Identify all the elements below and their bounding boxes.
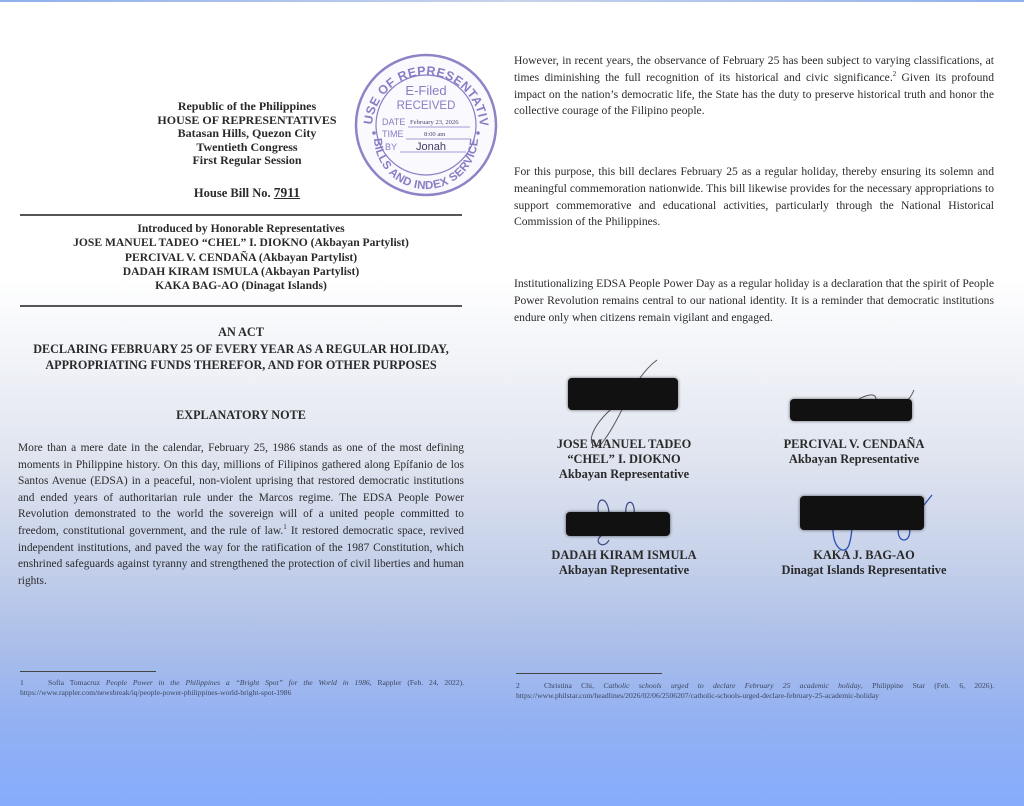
stamp-received: RECEIVED [397, 100, 456, 112]
divider [20, 214, 462, 216]
signatory-title: Akbayan Representative [534, 467, 714, 482]
right-page: However, in recent years, the observance… [514, 0, 994, 806]
footnote-author: Christina Chi, [544, 681, 603, 690]
signatory-name: JOSE MANUEL TADEO [534, 437, 714, 452]
stamp-by-label: BY [385, 142, 397, 152]
redacted-signature [790, 399, 912, 421]
signatory-name: KAKA J. BAG-AO [734, 548, 994, 563]
footnote-divider [516, 673, 662, 674]
signatory: PERCIVAL V. CENDAÑA Akbayan Representati… [754, 437, 954, 467]
author: DADAH KIRAM ISMULA (Akbayan Partylist) [18, 265, 464, 279]
introduced-heading: Introduced by Honorable Representatives [18, 222, 464, 236]
stamp-time-value: 8:00 am [424, 131, 446, 138]
stamp-by-value: Jonah [416, 141, 446, 153]
header-line: Twentieth Congress [128, 141, 366, 155]
signatory-title: Akbayan Representative [754, 452, 954, 467]
stamp-date-value: February 23, 2026 [410, 119, 459, 126]
footnote-divider [20, 671, 156, 672]
document-header: Republic of the Philippines HOUSE OF REP… [128, 100, 366, 168]
paragraph: For this purpose, this bill declares Feb… [514, 164, 994, 231]
act-title: AN ACT DECLARING FEBRUARY 25 OF EVERY YE… [18, 324, 464, 374]
bill-label: House Bill No. [194, 186, 271, 200]
act-title-text: DECLARING FEBRUARY 25 OF EVERY YEAR AS A… [18, 341, 464, 374]
paragraph: More than a mere date in the calendar, F… [18, 440, 464, 589]
footnote: 2Christina Chi, Catholic schools urged t… [516, 681, 994, 701]
divider [20, 305, 462, 307]
received-stamp: HOUSE OF REPRESENTATIVES BILLS AND INDEX… [354, 53, 498, 197]
author: JOSE MANUEL TADEO “CHEL” I. DIOKNO (Akba… [18, 236, 464, 250]
header-line: First Regular Session [128, 154, 366, 168]
redacted-signature [800, 496, 924, 530]
footnote-title: People Power in the Philippines a “Brigh… [106, 678, 370, 687]
stamp-date-label: DATE [382, 117, 405, 127]
explanatory-note-title: EXPLANATORY NOTE [18, 408, 464, 423]
header-line: Republic of the Philippines [128, 100, 366, 114]
footnote: 1Sofia Tomacruz People Power in the Phil… [20, 678, 464, 698]
header-line: HOUSE OF REPRESENTATIVES [128, 114, 366, 128]
signatory: KAKA J. BAG-AO Dinagat Islands Represent… [734, 548, 994, 578]
header-line: Batasan Hills, Quezon City [128, 127, 366, 141]
footnote-title: Catholic schools urged to declare Februa… [603, 681, 861, 690]
signatory-name: DADAH KIRAM ISMULA [534, 548, 714, 563]
stamp-efiled: E-Filed [405, 83, 446, 98]
signatory-name: PERCIVAL V. CENDAÑA [754, 437, 954, 452]
footnote-author: Sofia Tomacruz [48, 678, 106, 687]
signatory-title: Akbayan Representative [534, 563, 714, 578]
footnote-number: 2 [516, 681, 544, 691]
signatory-title: Dinagat Islands Representative [734, 563, 994, 578]
stamp-time-label: TIME [382, 129, 404, 139]
act-label: AN ACT [18, 324, 464, 341]
paragraph: However, in recent years, the observance… [514, 53, 994, 120]
introduced-by: Introduced by Honorable Representatives … [18, 222, 464, 293]
paragraph-text: More than a mere date in the calendar, F… [18, 442, 464, 537]
signatory: JOSE MANUEL TADEO “CHEL” I. DIOKNO Akbay… [534, 437, 714, 482]
bill-number-value: 7911 [274, 185, 300, 200]
author: PERCIVAL V. CENDAÑA (Akbayan Partylist) [18, 251, 464, 265]
footnote-number: 1 [20, 678, 48, 688]
signatory-name: “CHEL” I. DIOKNO [534, 452, 714, 467]
paragraph: Institutionalizing EDSA People Power Day… [514, 276, 994, 326]
signatory: DADAH KIRAM ISMULA Akbayan Representativ… [534, 548, 714, 578]
redacted-signature [566, 512, 670, 536]
bill-number: House Bill No. 7911 [128, 185, 366, 201]
author: KAKA BAG-AO (Dinagat Islands) [18, 279, 464, 293]
redacted-signature [568, 378, 678, 410]
